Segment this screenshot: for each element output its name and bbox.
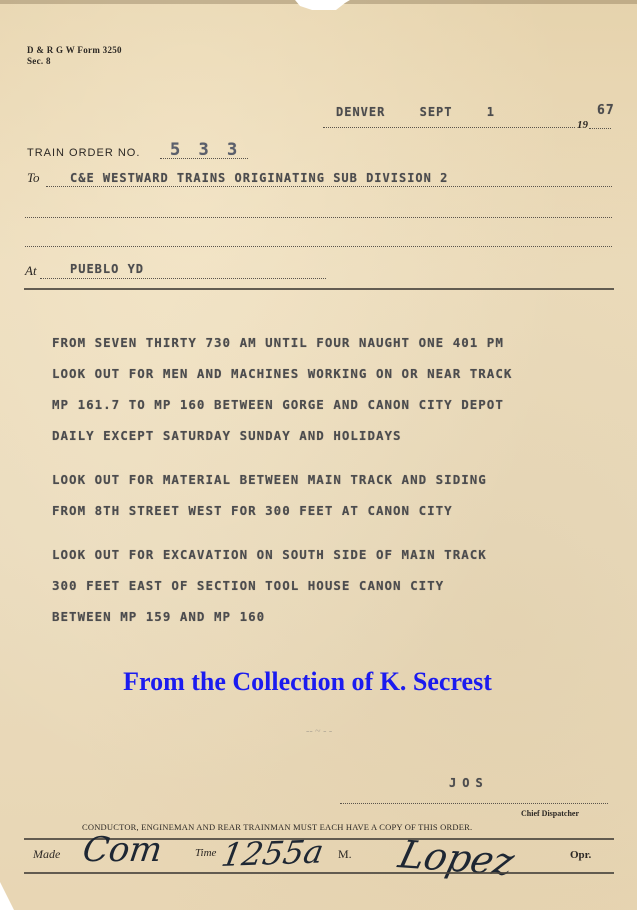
at-value: PUEBLO YD [70,262,144,276]
at-underline [40,278,326,279]
order-body: FROM SEVEN THIRTY 730 AM UNTIL FOUR NAUG… [52,327,512,645]
to-underline [46,186,612,187]
train-order-number: 5 3 3 [170,140,241,160]
dispatcher-underline [340,803,608,804]
month: SEPT [420,105,453,119]
order-line: LOOK OUT FOR MEN AND MACHINES WORKING ON… [52,358,512,389]
order-line: BETWEEN MP 159 AND MP 160 [52,601,512,632]
order-line: LOOK OUT FOR EXCAVATION ON SOUTH SIDE OF… [52,539,512,570]
day: 1 [487,105,495,119]
faint-marks: -- ~ - - [306,726,332,737]
year-prefix: 19 [577,119,588,131]
made-signature: Com [80,830,164,870]
order-paragraph: LOOK OUT FOR EXCAVATION ON SOUTH SIDE OF… [52,539,512,632]
order-line: DAILY EXCEPT SATURDAY SUNDAY AND HOLIDAY… [52,420,512,451]
order-number-underline [160,158,248,159]
form-section: Sec. 8 [27,56,122,67]
order-line: LOOK OUT FOR MATERIAL BETWEEN MAIN TRACK… [52,464,512,495]
date-underline [323,127,575,128]
year-underline [589,128,611,129]
train-order-label: TRAIN ORDER NO. [27,147,140,159]
time-label: Time [195,847,216,859]
dispatcher-initials: JOS [449,776,489,790]
order-line: MP 161.7 TO MP 160 BETWEEN GORGE AND CAN… [52,389,512,420]
form-identifier: D & R G W Form 3250 Sec. 8 [27,45,122,67]
order-paragraph: LOOK OUT FOR MATERIAL BETWEEN MAIN TRACK… [52,464,512,526]
order-line: FROM 8TH STREET WEST FOR 300 FEET AT CAN… [52,495,512,526]
m-label: M. [338,847,352,862]
operator-signature: Lopez [395,832,519,884]
operator-label: Opr. [570,849,591,861]
form-number: D & R G W Form 3250 [27,45,122,56]
place: DENVER [336,105,385,119]
blank-line-2 [25,246,612,247]
footer-rule-bottom [24,872,614,874]
to-value: C&E WESTWARD TRAINS ORIGINATING SUB DIVI… [70,171,448,185]
to-label: To [27,170,40,186]
at-label: At [25,263,37,279]
order-line: FROM SEVEN THIRTY 730 AM UNTIL FOUR NAUG… [52,327,512,358]
order-line: 300 FEET EAST OF SECTION TOOL HOUSE CANO… [52,570,512,601]
chief-dispatcher-label: Chief Dispatcher [521,809,579,818]
order-paragraph: FROM SEVEN THIRTY 730 AM UNTIL FOUR NAUG… [52,327,512,451]
year-suffix: 67 [597,103,615,118]
header-rule [24,288,614,290]
place-date: DENVER SEPT 1 [336,105,521,119]
collection-note: From the Collection of K. Secrest [0,667,615,697]
blank-line-1 [25,217,612,218]
made-label: Made [33,847,60,862]
time-value: 1255a [219,833,327,874]
train-order-form: D & R G W Form 3250 Sec. 8 DENVER SEPT 1… [0,0,637,910]
